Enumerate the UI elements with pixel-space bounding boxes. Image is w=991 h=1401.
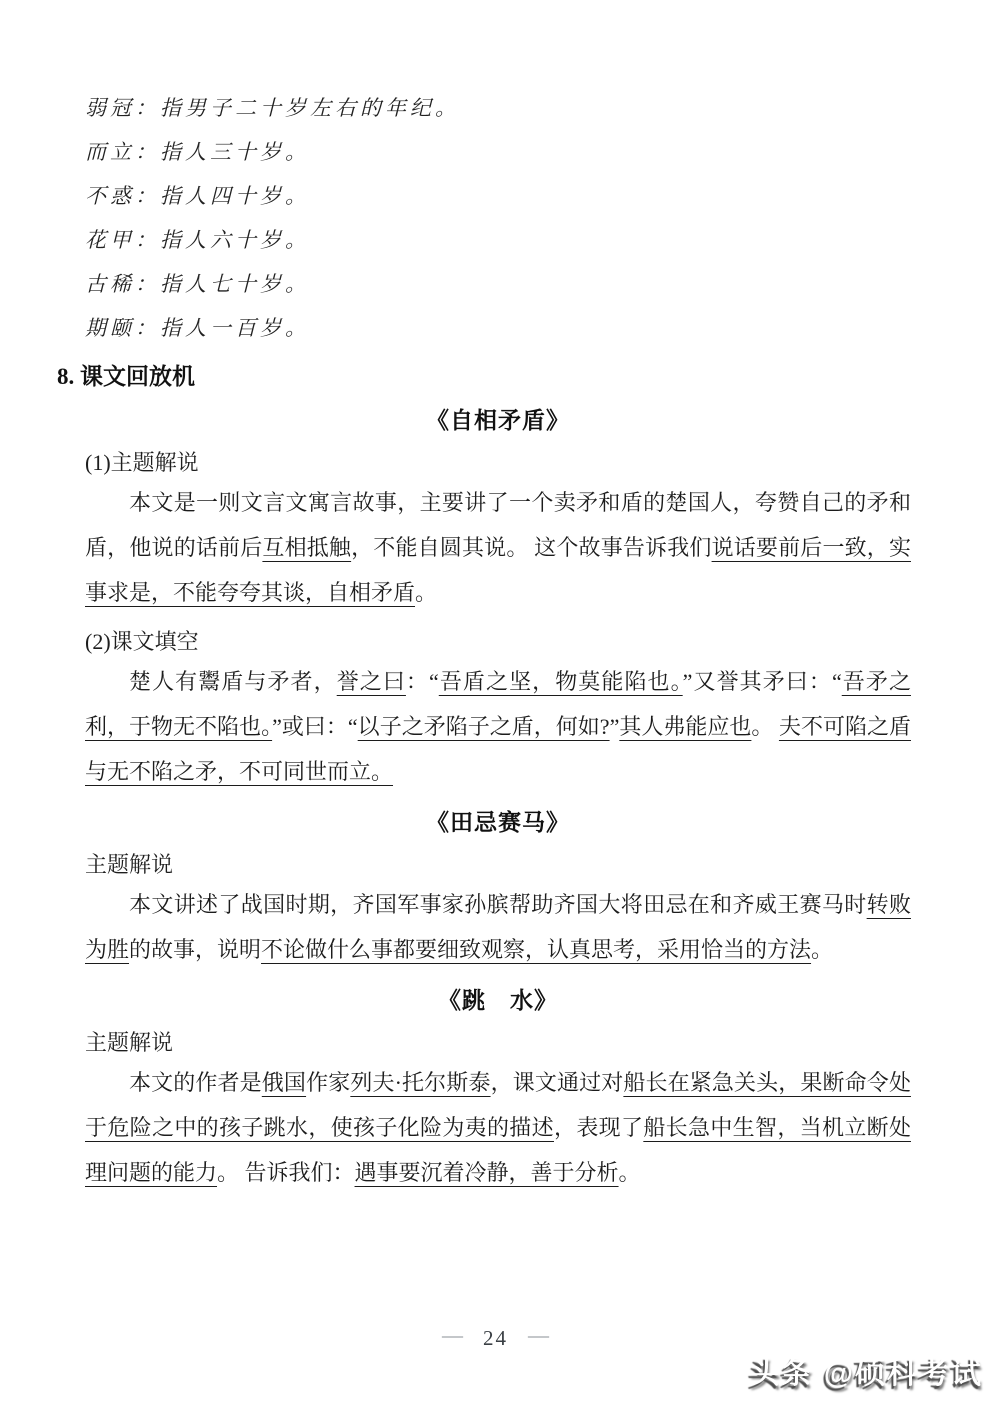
underlined-text: 其人弗能应也 <box>619 714 751 739</box>
text-run: ”或曰：“ <box>272 714 358 739</box>
article-title-tiaoshui: 《跳 水》 <box>85 986 911 1016</box>
text-run: 。 告诉我们： <box>217 1160 355 1185</box>
underlined-text: 不论做什么事都要细致观察，认真思考，采用恰当的方法 <box>261 937 811 962</box>
text-run: ，不能自圆其说。 这个故事告诉我们 <box>351 535 711 560</box>
block-label-fill-in-blank: (2)课文填空 <box>85 627 911 657</box>
text-run: 。 <box>751 714 779 739</box>
underlined-text: 互相抵触 <box>262 535 351 560</box>
underlined-text: 誉之曰 <box>337 669 406 694</box>
underlined-text: 以子之矛陷子之盾，何如? <box>358 714 610 739</box>
block-label-theme-explanation-2: 主题解说 <box>85 850 911 880</box>
article-title-zixiangmaodun: 《自相矛盾》 <box>85 406 911 436</box>
term-item: 期颐：指人一百岁。 <box>85 306 911 350</box>
underlined-text: 俄国 <box>262 1070 306 1095</box>
text-run: ，表现了 <box>554 1115 643 1140</box>
fill-in-blank-paragraph: 楚人有鬻盾与矛者，誉之曰：“吾盾之坚，物莫能陷也。”又誉其矛曰：“吾矛之利，于物… <box>85 659 911 794</box>
footer-left-dash: — <box>442 1323 463 1347</box>
text-run: 的故事，说明 <box>129 937 261 962</box>
text-run: ：“ <box>406 669 439 694</box>
text-run: 作家 <box>306 1070 350 1095</box>
age-terms-list: 弱冠：指男子二十岁左右的年纪。而立：指人三十岁。不惑：指人四十岁。花甲：指人六十… <box>85 86 911 350</box>
page-content: 弱冠：指男子二十岁左右的年纪。而立：指人三十岁。不惑：指人四十岁。花甲：指人六十… <box>0 0 991 1195</box>
section-heading: 8. 课文回放机 <box>57 362 911 392</box>
text-run: ” <box>610 714 620 739</box>
text-run: 本文讲述了战国时期，齐国军事家孙膑帮助齐国大将田忌在和齐威王赛马时 <box>129 892 867 917</box>
article-title-tianjisaima: 《田忌赛马》 <box>85 808 911 838</box>
underlined-text: 列夫·托尔斯泰 <box>350 1070 490 1095</box>
text-run: 。 <box>619 1160 641 1185</box>
theme-paragraph-tianjisaima: 本文讲述了战国时期，齐国军事家孙膑帮助齐国大将田忌在和齐威王赛马时转败为胜的故事… <box>85 882 911 972</box>
block-label-theme-explanation-3: 主题解说 <box>85 1028 911 1058</box>
theme-paragraph-tiaoshui: 本文的作者是俄国作家列夫·托尔斯泰，课文通过对船长在紧急关头，果断命令处于危险之… <box>85 1060 911 1195</box>
block-label-theme-explanation: (1)主题解说 <box>85 448 911 478</box>
article-zixiangmaodun: 《自相矛盾》 (1)主题解说 本文是一则文言文寓言故事，主要讲了一个卖矛和盾的楚… <box>85 406 911 794</box>
footer-right-dash: — <box>528 1323 549 1347</box>
watermark: 头条 @硕科考试 <box>749 1348 983 1392</box>
term-item: 弱冠：指男子二十岁左右的年纪。 <box>85 86 911 130</box>
text-run: ”又誉其矛曰：“ <box>683 669 842 694</box>
underlined-text: 遇事要沉着冷静，善于分析 <box>355 1160 619 1185</box>
term-item: 不惑：指人四十岁。 <box>85 174 911 218</box>
page-number: 24 <box>483 1326 508 1350</box>
underlined-text: 吾盾之坚，物莫能陷也。 <box>439 669 683 694</box>
text-run: 楚人有鬻盾与矛者， <box>129 669 337 694</box>
text-run: 本文的作者是 <box>129 1070 262 1095</box>
document-page: 弱冠：指男子二十岁左右的年纪。而立：指人三十岁。不惑：指人四十岁。花甲：指人六十… <box>0 0 991 1401</box>
text-run: 。 <box>811 937 833 962</box>
text-run: ，课文通过对 <box>491 1070 624 1095</box>
text-run: 。 <box>415 580 437 605</box>
article-tianjisaima: 《田忌赛马》 主题解说 本文讲述了战国时期，齐国军事家孙膑帮助齐国大将田忌在和齐… <box>85 808 911 972</box>
term-item: 而立：指人三十岁。 <box>85 130 911 174</box>
term-item: 古稀：指人七十岁。 <box>85 262 911 306</box>
term-item: 花甲：指人六十岁。 <box>85 218 911 262</box>
theme-paragraph-zixiangmaodun: 本文是一则文言文寓言故事，主要讲了一个卖矛和盾的楚国人，夸赞自己的矛和盾，他说的… <box>85 480 911 615</box>
article-tiaoshui: 《跳 水》 主题解说 本文的作者是俄国作家列夫·托尔斯泰，课文通过对船长在紧急关… <box>85 986 911 1195</box>
